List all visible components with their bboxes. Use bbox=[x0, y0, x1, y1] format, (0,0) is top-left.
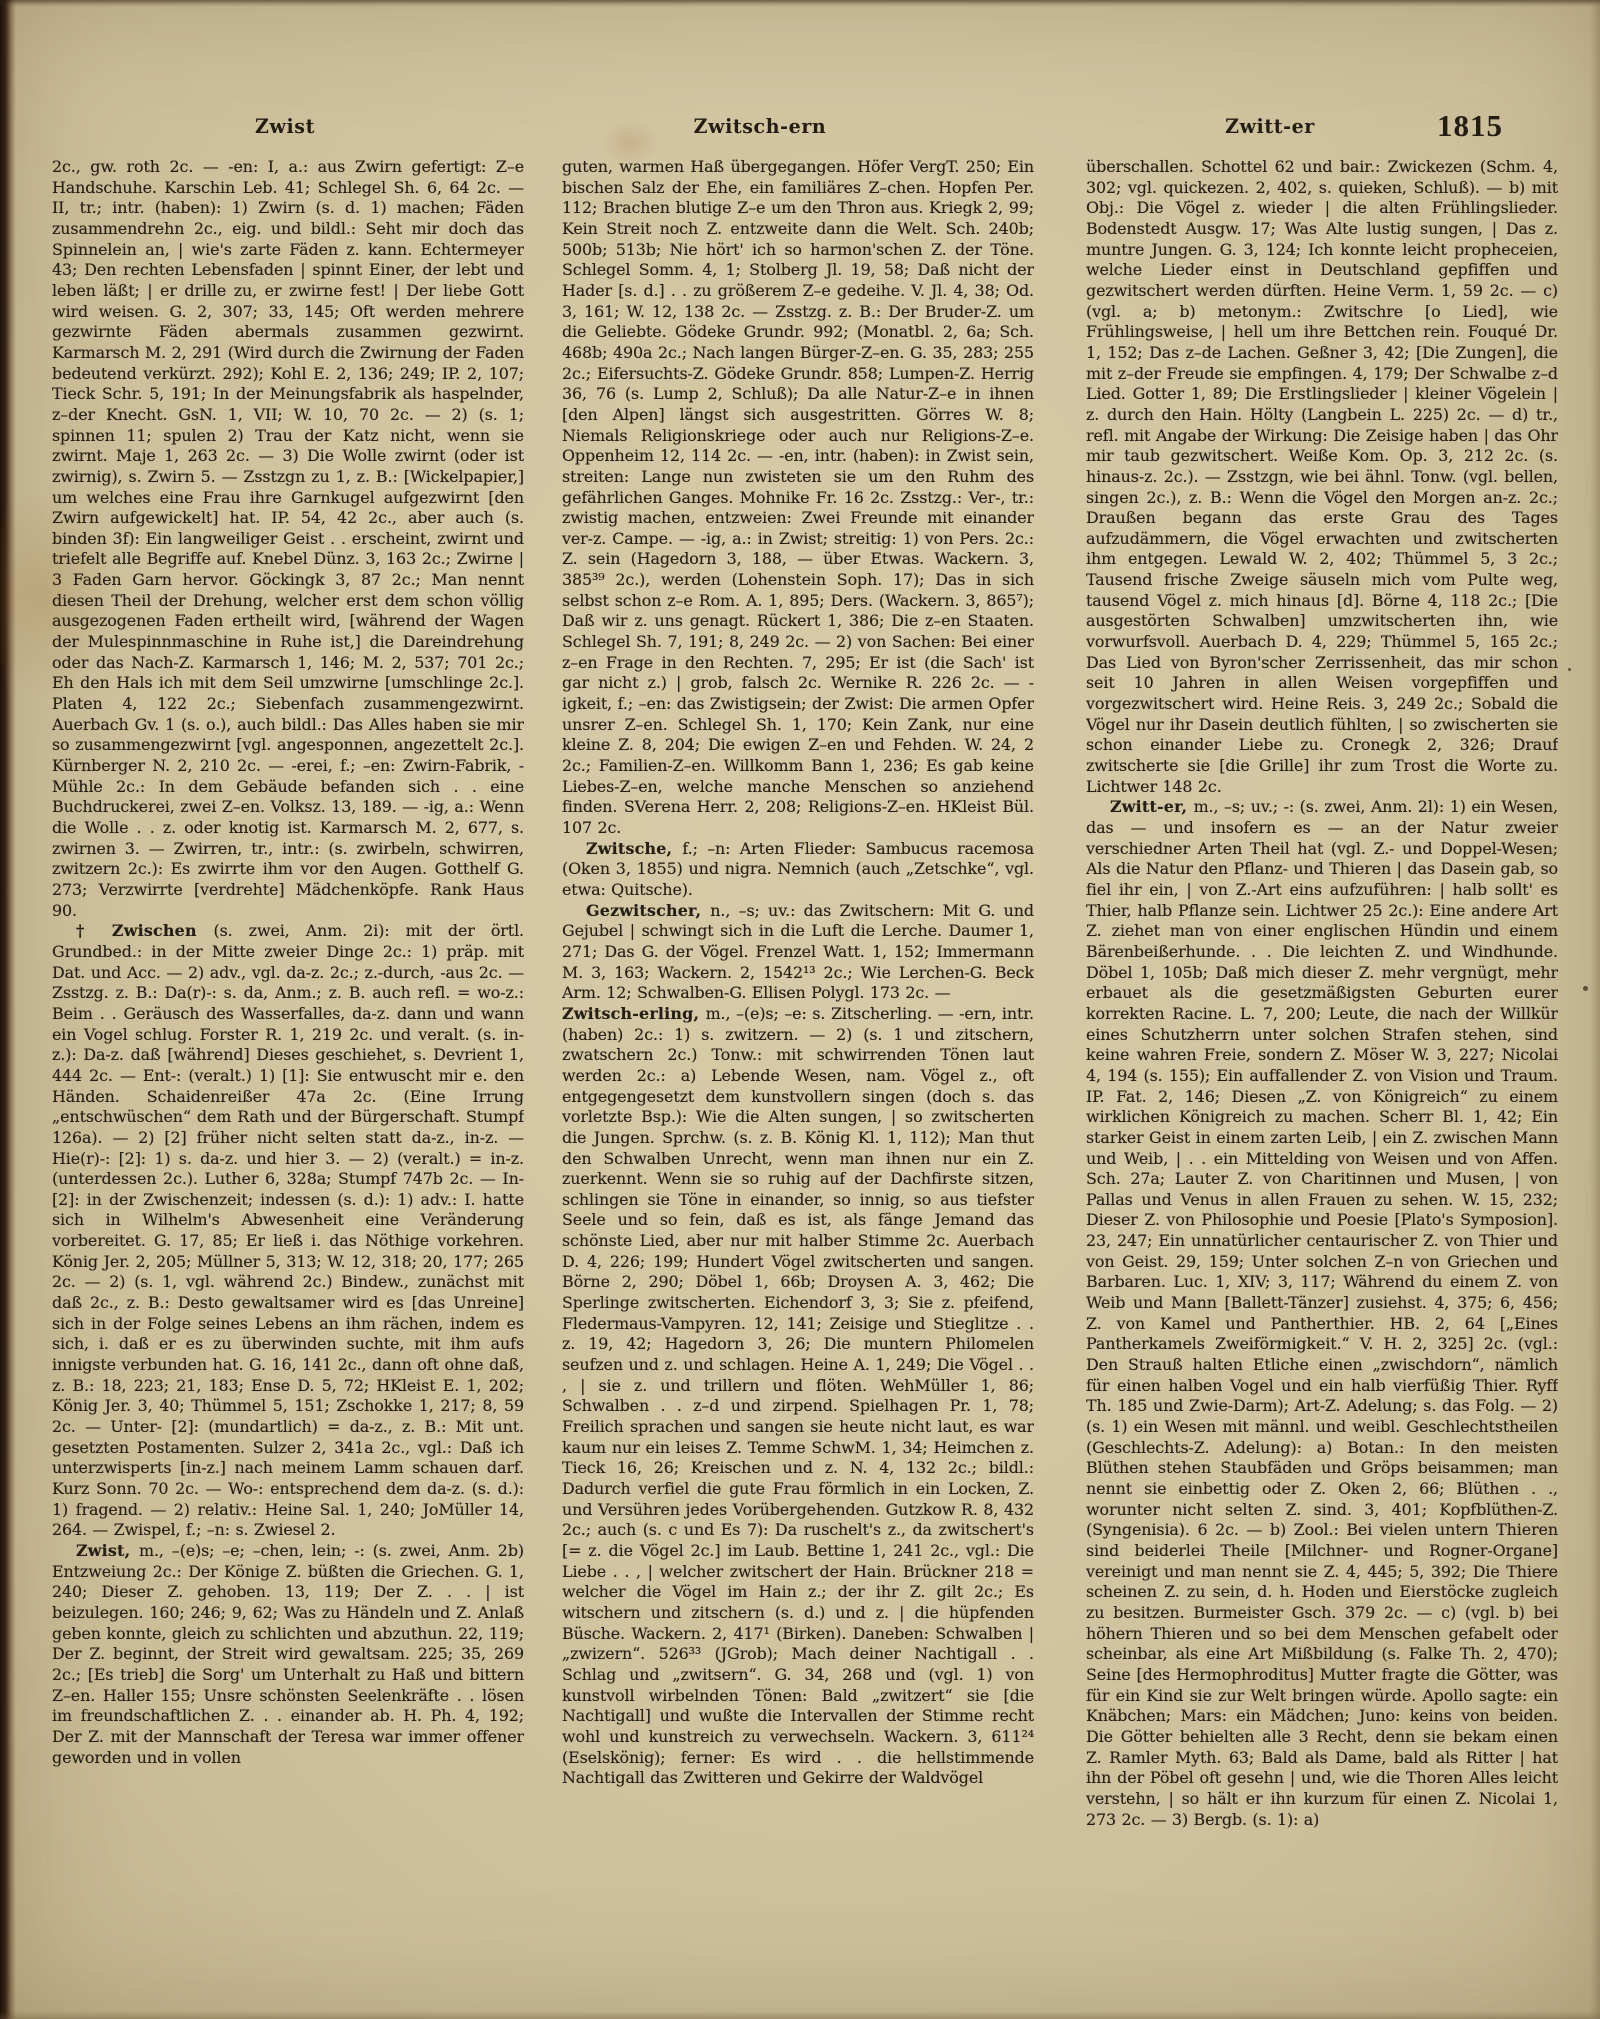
text-column-2: guten, warmen Haß übergegangen. Höfer Ve… bbox=[562, 157, 1034, 1897]
dictionary-paragraph: † Zwischen (s. zwei, Anm. 2i): mit der ö… bbox=[52, 921, 524, 1541]
dictionary-paragraph: Zwitt-er, m., –s; uv.; -: (s. zwei, Anm.… bbox=[1086, 797, 1558, 1830]
scan-edge-right bbox=[1590, 0, 1600, 2019]
dictionary-paragraph: Zwitsch-erling, m., –(e)s; –e: s. Zitsch… bbox=[562, 1004, 1034, 1789]
running-head-center: Zwitsch-ern bbox=[650, 115, 870, 142]
dictionary-paragraph: Zwitsche, f.; –n: Arten Flieder: Sambucu… bbox=[562, 839, 1034, 901]
entry-headword: Gezwitscher, bbox=[586, 901, 710, 920]
scan-edge-left bbox=[0, 0, 16, 2019]
entry-headword: † Zwischen bbox=[76, 921, 214, 940]
running-head-left: Zwist bbox=[185, 115, 385, 142]
dictionary-paragraph: 2c., gw. roth 2c. — -en: I, a.: aus Zwir… bbox=[52, 157, 524, 921]
ink-speck bbox=[1568, 668, 1571, 671]
text-column-1: 2c., gw. roth 2c. — -en: I, a.: aus Zwir… bbox=[52, 157, 524, 1862]
dictionary-paragraph: überschallen. Schottel 62 und bair.: Zwi… bbox=[1086, 157, 1558, 797]
page-number: 1815 bbox=[1400, 108, 1540, 144]
entry-headword: Zwitsch-erling, bbox=[562, 1004, 706, 1023]
entry-headword: Zwist, bbox=[76, 1541, 139, 1560]
entry-headword: Zwitsche, bbox=[586, 839, 682, 858]
dictionary-paragraph: Zwist, m., –(e)s; –e; –chen, lein; -: (s… bbox=[52, 1541, 524, 1768]
entry-headword: Zwitt-er, bbox=[1110, 797, 1194, 816]
scanned-dictionary-page: Zwist Zwitsch-ern Zwitt-er 1815 2c., gw.… bbox=[0, 0, 1600, 2019]
scan-edge-bottom bbox=[0, 2011, 1600, 2019]
dictionary-paragraph: guten, warmen Haß übergegangen. Höfer Ve… bbox=[562, 157, 1034, 839]
text-column-3: überschallen. Schottel 62 und bair.: Zwi… bbox=[1086, 157, 1558, 1947]
running-head-right: Zwitt-er bbox=[1170, 115, 1370, 142]
ink-speck bbox=[1583, 986, 1588, 991]
scan-edge-top bbox=[0, 0, 1600, 7]
dictionary-paragraph: Gezwitscher, n., –s; uv.: das Zwitschern… bbox=[562, 901, 1034, 1004]
